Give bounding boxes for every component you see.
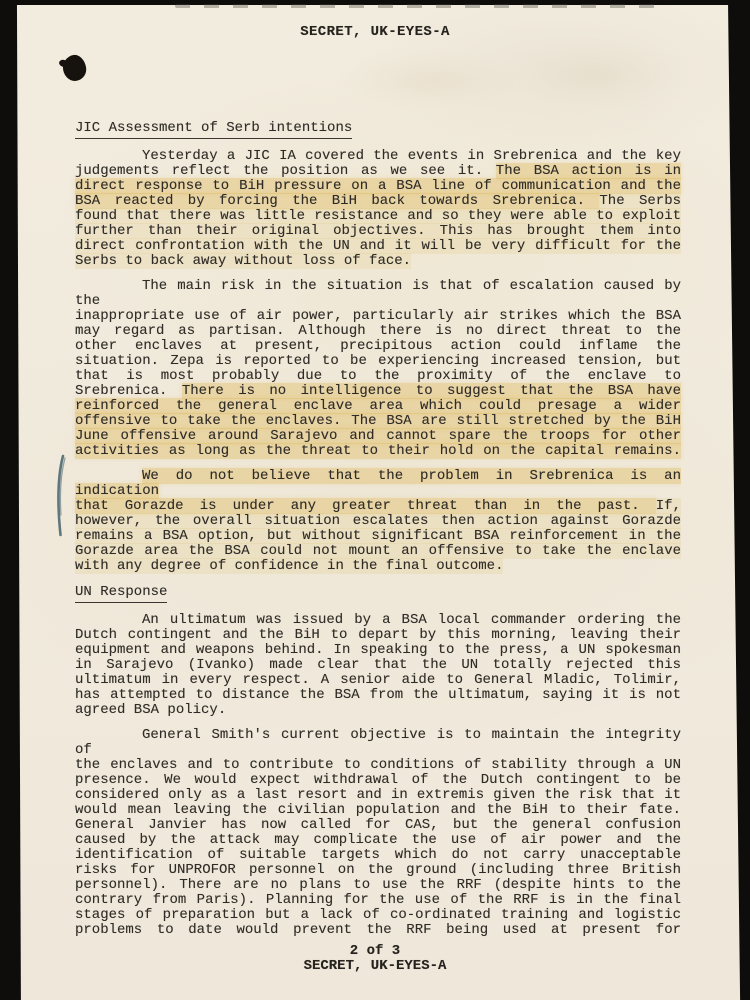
text-line: other enclaves at present, precipitous a… (75, 339, 681, 354)
paragraph: The main risk in the situation is that o… (75, 279, 681, 459)
paragraph: We do not believe that the problem in Sr… (75, 469, 681, 574)
paragraph: An ultimatum was issued by a BSA local c… (75, 613, 681, 718)
highlighted-text: reinforced the general enclave area whic… (75, 398, 681, 414)
text-segment: stages of preparation but a lack of co-o… (75, 907, 681, 923)
text-line: risks for UNPROFOR personnel on the grou… (75, 863, 681, 878)
paragraph: General Smith's current objective is to … (75, 728, 681, 938)
text-segment: equipment and weapons behind. In speakin… (75, 642, 681, 658)
text-line: offensive to take the enclaves. The BSA … (75, 414, 681, 429)
text-segment: that is most probably due to the proximi… (75, 368, 681, 384)
text-segment: inappropriate use of air power, particul… (75, 308, 681, 324)
text-line: BSA reacted by forcing the BiH back towa… (75, 194, 681, 209)
text-segment: caused by the attack may complicate the … (75, 832, 681, 848)
text-line: identification of suitable targets which… (75, 848, 681, 863)
text-line: General Smith's current objective is to … (75, 728, 681, 758)
text-segment: would mean leaving the civilian populati… (75, 802, 681, 818)
page-number: 2 of 3 (18, 943, 732, 959)
text-line: reinforced the general enclave area whic… (75, 399, 681, 414)
text-segment: personnel). There are no plans to use th… (75, 877, 681, 893)
highlighted-text: offensive to take the enclaves. The BSA … (75, 413, 681, 429)
hole-punch-mark (61, 53, 88, 83)
text-line: contrary from Paris). Planning for the u… (75, 893, 681, 908)
section: JIC Assessment of Serb intentionsYesterd… (75, 120, 681, 574)
highlighted-text: The BSA action is in (496, 163, 681, 179)
highlighted-text: June offensive around Sarajevo and canno… (75, 428, 681, 444)
text-segment: other enclaves at present, precipitous a… (75, 338, 681, 354)
text-line: Srebrenica. There is no intelligence to … (75, 384, 681, 399)
text-segment: the enclaves and to contribute to condit… (75, 757, 681, 773)
text-line: that Gorazde is under any greater threat… (75, 499, 681, 514)
highlighted-text: further than their original objectives. … (75, 223, 681, 239)
text-segment: agreed BSA policy. (75, 702, 226, 718)
top-edge-text-remnant (175, 4, 655, 8)
text-segment: ultimatum in every respect. A senior aid… (75, 672, 681, 688)
text-line: in Sarajevo (Ivanko) made clear that the… (75, 658, 681, 673)
text-segment: in Sarajevo (Ivanko) made clear that the… (75, 657, 681, 673)
text-segment: has attempted to distance the BSA from t… (75, 687, 681, 703)
text-line: Serbs to back away without loss of face. (75, 254, 681, 269)
highlighted-text: Serbs to back away without loss of face. (75, 253, 411, 269)
bleed-through-smudge (520, 45, 680, 105)
text-line: activities as long as the threat to thei… (75, 444, 681, 459)
text-segment: considered only as a last resort and in … (75, 787, 681, 803)
text-line: has attempted to distance the BSA from t… (75, 688, 681, 703)
text-line: caused by the attack may complicate the … (75, 833, 681, 848)
text-line: judgements reflect the position as we se… (75, 164, 681, 179)
scanned-document-page: SECRET, UK-EYES-A JIC Assessment of Serb… (0, 0, 750, 1000)
highlighted-text: BSA reacted by forcing the BiH back towa… (75, 193, 599, 209)
text-line: direct response to BiH pressure on a BSA… (75, 179, 681, 194)
text-line: the enclaves and to contribute to condit… (75, 758, 681, 773)
text-line: with any degree of confidence in the fin… (75, 559, 681, 574)
text-line: stages of preparation but a lack of co-o… (75, 908, 681, 923)
text-segment: Yesterday a JIC IA covered the events in… (142, 148, 681, 164)
highlighted-text: direct confrontation with the UN and it … (75, 238, 681, 254)
text-line: remains a BSA option, but without signif… (75, 529, 681, 544)
highlighted-text: There is no intelligence to suggest that… (182, 383, 681, 399)
text-line: inappropriate use of air power, particul… (75, 309, 681, 324)
text-line: direct confrontation with the UN and it … (75, 239, 681, 254)
margin-pen-mark (53, 453, 69, 541)
document-body: JIC Assessment of Serb intentionsYesterd… (75, 120, 681, 948)
classification-header: SECRET, UK-EYES-A (18, 24, 732, 40)
text-segment: identification of suitable targets which… (75, 847, 681, 863)
text-segment: presence. We would expect withdrawal of … (75, 772, 681, 788)
highlighted-text: We do not believe that the problem in Sr… (75, 468, 681, 499)
classification-footer: SECRET, UK-EYES-A (18, 958, 732, 974)
text-line: equipment and weapons behind. In speakin… (75, 643, 681, 658)
text-segment: risks for UNPROFOR personnel on the grou… (75, 862, 681, 878)
text-line: Dutch contingent and the BiH to depart b… (75, 628, 681, 643)
text-line: We do not believe that the problem in Sr… (75, 469, 681, 499)
highlighted-text: The Serbs (599, 193, 681, 209)
text-line: General Janvier has now called for CAS, … (75, 818, 681, 833)
text-line: presence. We would expect withdrawal of … (75, 773, 681, 788)
text-line: may regard as partisan. Although there i… (75, 324, 681, 339)
text-line: problems to date would prevent the RRF b… (75, 923, 681, 938)
text-line: that is most probably due to the proximi… (75, 369, 681, 384)
highlighted-text: direct response to BiH pressure on a BSA… (75, 178, 681, 194)
text-line: found that there was little resistance a… (75, 209, 681, 224)
text-line: agreed BSA policy. (75, 703, 681, 718)
text-line: ultimatum in every respect. A senior aid… (75, 673, 681, 688)
paragraph: Yesterday a JIC IA covered the events in… (75, 149, 681, 269)
text-segment: Dutch contingent and the BiH to depart b… (75, 627, 681, 643)
highlighted-text: Gorazde area the BSA could not mount an … (75, 543, 681, 559)
text-line: An ultimatum was issued by a BSA local c… (75, 613, 681, 628)
text-line: situation. Zepa is reported to be experi… (75, 354, 681, 369)
highlighted-text: found that there was little resistance a… (75, 208, 681, 224)
text-segment: General Smith's current objective is to … (75, 727, 681, 758)
text-segment: judgements reflect the position as we se… (75, 163, 496, 179)
text-segment: situation. Zepa is reported to be experi… (75, 353, 681, 369)
text-segment: may regard as partisan. Although there i… (75, 323, 681, 339)
text-segment: The main risk in the situation is that o… (75, 278, 681, 309)
highlighted-text: with any degree of confidence in the fin… (75, 558, 503, 574)
text-segment: An ultimatum was issued by a BSA local c… (142, 612, 681, 628)
text-segment: Srebrenica. (75, 383, 182, 399)
text-line: Gorazde area the BSA could not mount an … (75, 544, 681, 559)
highlighted-text: that Gorazde is under any greater threat… (75, 498, 656, 514)
highlighted-text: activities as long as the threat to thei… (75, 443, 681, 459)
text-line: would mean leaving the civilian populati… (75, 803, 681, 818)
text-line: Yesterday a JIC IA covered the events in… (75, 149, 681, 164)
text-segment: problems to date would prevent the RRF b… (75, 922, 681, 938)
text-segment: General Janvier has now called for CAS, … (75, 817, 681, 833)
text-line: however, the overall situation escalates… (75, 514, 681, 529)
section-heading: UN Response (75, 584, 681, 600)
text-line: personnel). There are no plans to use th… (75, 878, 681, 893)
section-heading: JIC Assessment of Serb intentions (75, 120, 681, 136)
highlighted-text: however, the overall situation escalates… (75, 513, 681, 529)
text-segment: contrary from Paris). Planning for the u… (75, 892, 681, 908)
section: UN ResponseAn ultimatum was issued by a … (75, 584, 681, 938)
text-line: further than their original objectives. … (75, 224, 681, 239)
text-line: The main risk in the situation is that o… (75, 279, 681, 309)
bleed-through-smudge (340, 55, 520, 105)
text-line: considered only as a last resort and in … (75, 788, 681, 803)
text-line: June offensive around Sarajevo and canno… (75, 429, 681, 444)
highlighted-text: remains a BSA option, but without signif… (75, 528, 681, 544)
highlighted-text: If, (656, 498, 681, 514)
